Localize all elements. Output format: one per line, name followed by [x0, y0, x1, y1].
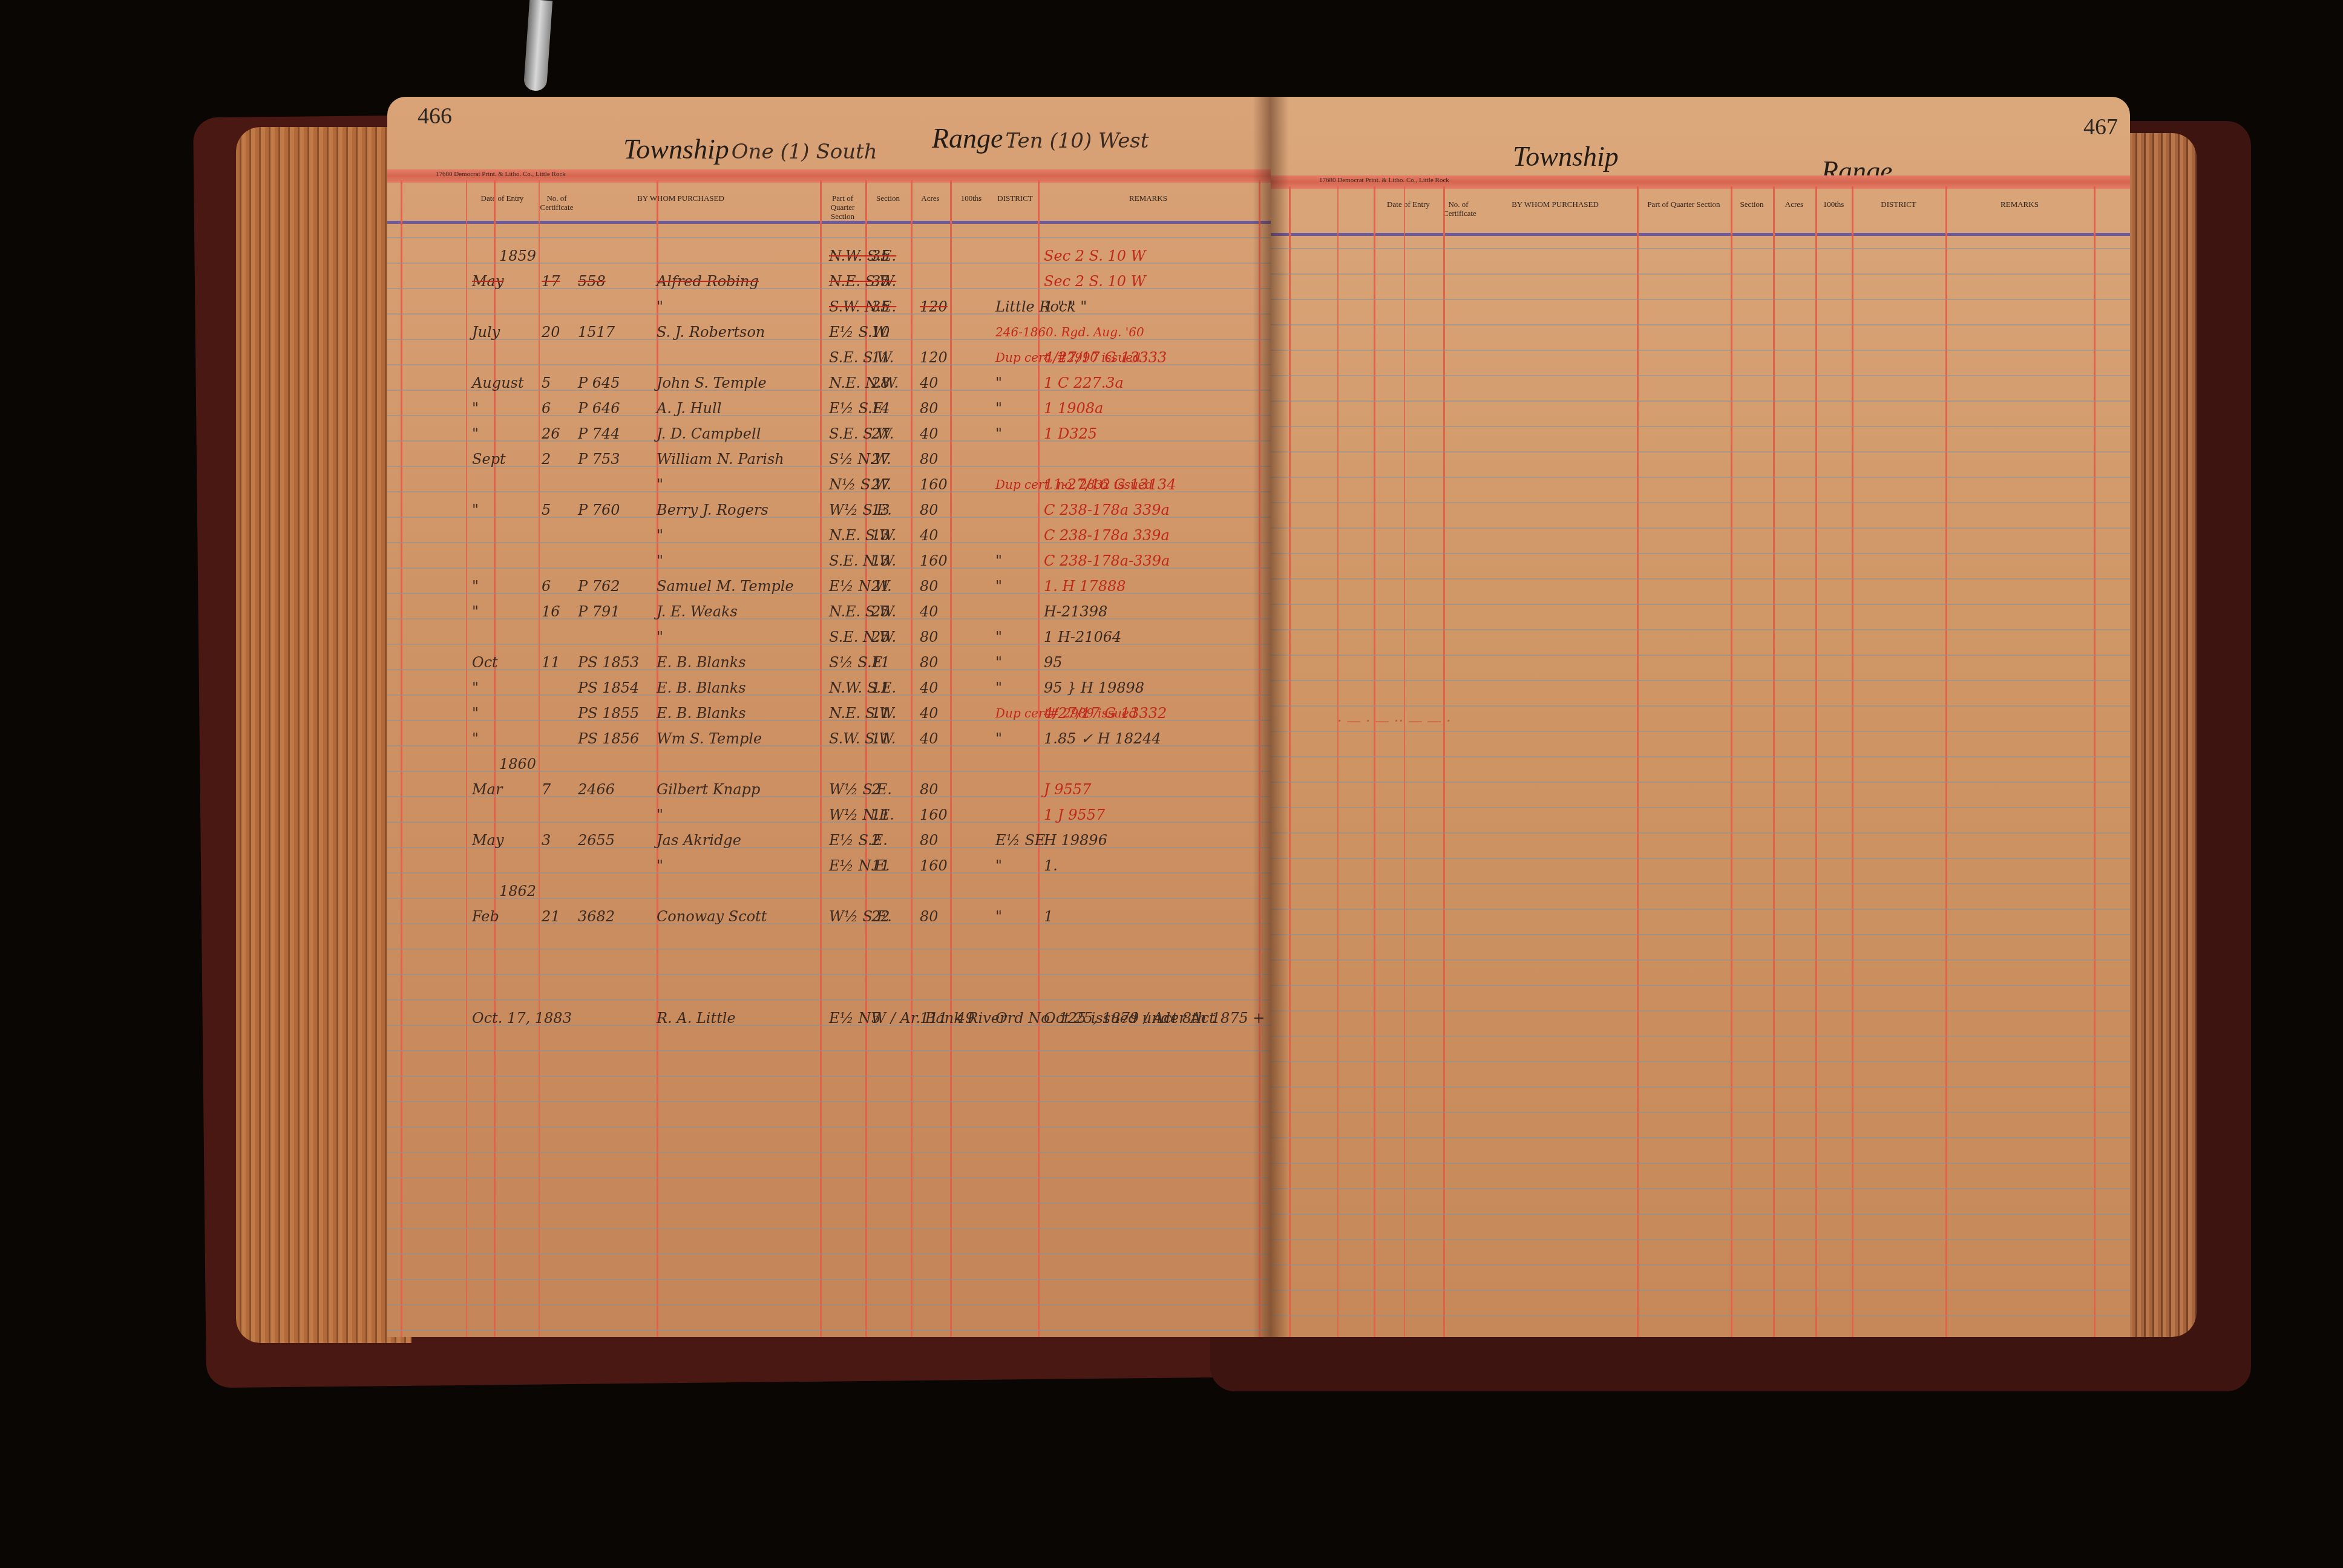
cell-remarks: Sec 2 S. 10 W — [1044, 269, 1145, 294]
column-header: 100ths — [1815, 200, 1852, 209]
cell-section: 27 — [871, 472, 890, 497]
cell-section: 28 — [871, 370, 890, 396]
table-row — [387, 929, 1271, 955]
table-row: "6P 646A. J. HullE½ S.E.1480"1 1908a — [387, 396, 1271, 421]
row-rule — [387, 1279, 1271, 1280]
row-rule — [1271, 655, 2130, 656]
column-header: BY WHOM PURCHASED — [1473, 200, 1637, 209]
township-heading: Township — [1513, 140, 1619, 172]
cell-remarks: H 19896 — [1044, 828, 1107, 853]
cell-section: 13 — [871, 497, 890, 523]
cell-day: 6 — [542, 396, 551, 421]
cell-cert: PS 1853 — [578, 650, 639, 675]
cell-acres: 80 — [920, 904, 939, 929]
column-header: Part of Quarter Section — [820, 194, 865, 221]
column-rule — [1337, 186, 1339, 1337]
column-header: Part of Quarter Section — [1637, 200, 1731, 209]
row-rule — [1271, 1112, 2130, 1113]
row-rule — [387, 974, 1271, 975]
cell-month: " — [472, 573, 479, 599]
table-row: 1862 — [387, 878, 1271, 904]
cell-name: Conoway Scott — [657, 904, 767, 929]
cell-acres: 40 — [920, 421, 939, 446]
cell-section: 25 — [871, 624, 890, 650]
row-rule — [1271, 731, 2130, 732]
cell-name: J. D. Campbell — [657, 421, 761, 446]
table-row: "PS 1856Wm S. TempleS.W. S.W.1140"1.85 ✓… — [387, 726, 1271, 751]
cell-district: " — [995, 573, 1002, 599]
row-rule — [387, 1330, 1271, 1331]
cell-section: 11 — [871, 650, 890, 675]
cell-section: 13 — [871, 548, 890, 573]
row-rule — [1271, 477, 2130, 478]
row-rule — [1271, 985, 2130, 986]
column-header: 100ths — [950, 194, 992, 203]
cell-remarks: 11-27/16 G 13134 — [1044, 472, 1176, 497]
row-rule — [1271, 1264, 2130, 1266]
metal-clip — [523, 0, 552, 91]
table-row: "PS 1855E. B. BlanksN.E. S.W.1140Dup cer… — [387, 701, 1271, 726]
cell-hundredths: 49 — [956, 1005, 975, 1031]
column-header: No. of Certificate — [539, 194, 575, 212]
cell-acres: 80 — [920, 497, 939, 523]
cell-cert: P 645 — [578, 370, 620, 396]
cell-district: " — [995, 853, 1002, 878]
cell-day: 5 — [542, 497, 551, 523]
cell-cert: P 791 — [578, 599, 620, 624]
cell-day: 5 — [542, 370, 551, 396]
cell-cert: P 753 — [578, 446, 620, 472]
row-rule — [1271, 680, 2130, 681]
column-rule — [1773, 186, 1775, 1337]
cell-name: Alfred Robing — [657, 269, 759, 294]
cell-name: " — [657, 624, 663, 650]
table-row: "N½ S.W.27160Dup cert. no. 2832 issued11… — [387, 472, 1271, 497]
cell-cert: 2655 — [578, 828, 615, 853]
table-row: "S.W. N.E.35120Little Rock1 " " " — [387, 294, 1271, 319]
row-rule — [1271, 248, 2130, 249]
row-rule — [387, 1050, 1271, 1051]
cell-district: " — [995, 421, 1002, 446]
row-rule — [1271, 909, 2130, 910]
column-header: Date of Entry — [466, 194, 539, 203]
column-header: DISTRICT — [992, 194, 1038, 203]
cell-section: 27 — [871, 421, 890, 446]
column-rule — [1443, 186, 1445, 1337]
cell-month: May — [472, 828, 503, 853]
table-row: "6P 762Samuel M. TempleE½ N.W.2180"1. H … — [387, 573, 1271, 599]
cell-month: " — [472, 599, 479, 624]
cell-name: A. J. Hull — [657, 396, 721, 421]
cell-cert: 1517 — [578, 319, 615, 345]
cell-name: E. B. Blanks — [657, 675, 746, 701]
cell-day: 11 — [542, 650, 560, 675]
cell-month: August — [472, 370, 524, 396]
row-rule — [1271, 832, 2130, 834]
cell-section: 11 — [871, 345, 890, 370]
column-rule — [1374, 186, 1375, 1337]
cell-month: " — [472, 421, 479, 446]
row-rule — [387, 237, 1271, 238]
cell-day: 26 — [542, 421, 560, 446]
cell-section: 2 — [871, 777, 880, 802]
row-rule — [1271, 1214, 2130, 1215]
page-number: 466 — [418, 103, 452, 129]
row-rule — [1271, 528, 2130, 529]
cell-acres: 80 — [920, 650, 939, 675]
cell-remarks: 95 — [1044, 650, 1063, 675]
cell-part: W½ S.E. — [829, 777, 892, 802]
cell-name: William N. Parish — [657, 446, 784, 472]
cell-acres: 120 — [920, 345, 948, 370]
cell-remarks: C 238-178a-339a — [1044, 548, 1170, 573]
cell-name: J. E. Weaks — [657, 599, 738, 624]
column-rule — [1404, 186, 1405, 1337]
cell-remarks: 1 D325 — [1044, 421, 1097, 446]
cell-day: 6 — [542, 573, 551, 599]
table-row: "E½ N.E.11160"1. — [387, 853, 1271, 878]
row-rule — [387, 999, 1271, 1001]
cell-name: E. B. Blanks — [657, 650, 746, 675]
column-header: REMARKS — [1038, 194, 1259, 203]
cell-section: 27 — [871, 446, 890, 472]
cell-remarks: H-21398 — [1044, 599, 1107, 624]
cell-day: 20 — [542, 319, 560, 345]
row-rule — [1271, 959, 2130, 961]
header-purple-rule — [387, 221, 1271, 224]
range-value: Ten (10) West — [1006, 129, 1149, 153]
cell-cert: PS 1855 — [578, 701, 639, 726]
row-rule — [1271, 451, 2130, 452]
cell-remarks: 1. — [1044, 853, 1058, 878]
page-edges-left — [236, 127, 411, 1343]
table-row: May17558Alfred RobingN.E. S.W.35Sec 2 S.… — [387, 269, 1271, 294]
column-header: Date of Entry — [1374, 200, 1443, 209]
cell-day: 3 — [542, 828, 551, 853]
row-rule — [387, 1101, 1271, 1102]
ledger-page-right: 467 Township Range 17680 Democrat Print.… — [1271, 97, 2130, 1337]
cell-month: Oct — [472, 650, 498, 675]
cell-remarks: Oct 25, 1879 / Act 8th 1875 + — [1044, 1005, 1265, 1031]
cell-remarks: C 238-178a 339a — [1044, 523, 1170, 548]
page-number: 467 — [2083, 114, 2118, 140]
cell-remarks: Sec 2 S. 10 W — [1044, 243, 1145, 269]
column-rule — [1815, 186, 1817, 1337]
header-purple-rule — [1271, 233, 2130, 236]
column-header: Section — [865, 194, 911, 203]
cell-cert: P 744 — [578, 421, 620, 446]
row-rule — [1271, 426, 2130, 427]
row-rule — [387, 1177, 1271, 1178]
township-label: Township — [623, 134, 729, 165]
cell-day: 7 — [542, 777, 551, 802]
row-rule — [387, 1076, 1271, 1077]
cell-remarks: 1.85 ✓ H 18244 — [1044, 726, 1161, 751]
cell-section: 35 — [871, 243, 890, 269]
row-rule — [1271, 400, 2130, 402]
ledger-page-left: 466 TownshipOne (1) South RangeTen (10) … — [387, 97, 1271, 1337]
row-rule — [1271, 1163, 2130, 1164]
cell-section: 2 — [871, 828, 880, 853]
range-heading: RangeTen (10) West — [932, 122, 1149, 154]
cell-month: " — [472, 396, 479, 421]
row-rule — [1271, 375, 2130, 376]
row-rule — [1271, 807, 2130, 808]
column-rule — [1289, 186, 1291, 1337]
cell-month: July — [472, 319, 500, 345]
row-rule — [1271, 1188, 2130, 1189]
column-header: REMARKS — [1945, 200, 2094, 209]
cell-name: " — [657, 548, 663, 573]
cell-section: 11 — [871, 802, 890, 828]
cell-name: " — [657, 472, 663, 497]
row-rule — [1271, 1290, 2130, 1291]
cell-district: " — [995, 548, 1002, 573]
book-gutter — [1253, 97, 1289, 1337]
column-header: BY WHOM PURCHASED — [575, 194, 787, 203]
cell-remarks: C 238-178a 339a — [1044, 497, 1170, 523]
cell-acres: 40 — [920, 701, 939, 726]
township-label: Township — [1513, 141, 1619, 172]
cell-part: E½ NW / Ar. Bank River — [829, 1005, 1006, 1031]
row-rule — [1271, 299, 2130, 300]
column-rule — [1945, 186, 1947, 1337]
row-rule — [387, 1126, 1271, 1128]
table-row: July201517S. J. RobertsonE½ S.W.10246-18… — [387, 319, 1271, 345]
table-row: "W½ N.E.111601 J 9557 — [387, 802, 1271, 828]
cell-day: 17 — [542, 269, 560, 294]
cell-acres: 160 — [920, 853, 948, 878]
cell-month: " — [472, 497, 479, 523]
cell-acres: 120 — [920, 294, 948, 319]
cell-acres: 80 — [920, 446, 939, 472]
cell-cert: 3682 — [578, 904, 615, 929]
cell-name: Jas Akridge — [657, 828, 741, 853]
column-rule — [2094, 186, 2096, 1337]
cell-district: 246-1860. Rgd. Aug. '60 — [995, 319, 1144, 345]
cell-remarks: 1 J 9557 — [1044, 802, 1105, 828]
row-rule — [1271, 934, 2130, 935]
row-rule — [387, 1228, 1271, 1229]
township-heading: TownshipOne (1) South — [623, 133, 877, 165]
table-row: Oct11PS 1853E. B. BlanksS½ S.E.1180"95 — [387, 650, 1271, 675]
cell-month: " — [472, 701, 479, 726]
table-row: "N.E. S.W.1340C 238-178a 339a — [387, 523, 1271, 548]
row-rule — [1271, 1086, 2130, 1088]
township-value: One (1) South — [732, 140, 877, 164]
cell-remarks: 4/27/17 G 13332 — [1044, 701, 1167, 726]
cell-acres: 160 — [920, 802, 948, 828]
row-rule — [1271, 1061, 2130, 1062]
cell-remarks: 4/27/17 G 13333 — [1044, 345, 1167, 370]
cell-day: 21 — [542, 904, 560, 929]
cell-section: 11 — [871, 726, 890, 751]
cell-section: 13 — [871, 523, 890, 548]
row-rule — [1271, 629, 2130, 630]
cell-section: 11 — [871, 701, 890, 726]
row-rule — [1271, 1010, 2130, 1011]
cell-remarks: 1. H 17888 — [1044, 573, 1126, 599]
table-row: "16P 791J. E. WeaksN.E. S.W.2540H-21398 — [387, 599, 1271, 624]
table-row: 1859N.W. S.E.35Sec 2 S. 10 W — [387, 243, 1271, 269]
cell-section: 5 — [871, 1005, 880, 1031]
cell-section: 11 — [871, 675, 890, 701]
table-row: Mar72466Gilbert KnappW½ S.E.280J 9557 — [387, 777, 1271, 802]
table-row: "PS 1854E. B. BlanksN.W. S.E.1140"95 } H… — [387, 675, 1271, 701]
cell-section: 35 — [871, 294, 890, 319]
cell-day: 16 — [542, 599, 560, 624]
column-header: DISTRICT — [1852, 200, 1945, 209]
cell-cert: 558 — [578, 269, 606, 294]
column-header: Acres — [1773, 200, 1815, 209]
cell-acres: 40 — [920, 726, 939, 751]
cell-acres: 40 — [920, 523, 939, 548]
row-rule — [1271, 350, 2130, 351]
cell-day: 2 — [542, 446, 551, 472]
header-red-band: 17680 Democrat Print. & Litho. Co., Litt… — [387, 169, 1271, 183]
cell-section: 22 — [871, 904, 890, 929]
cell-name: " — [657, 802, 663, 828]
cell-acres: 40 — [920, 370, 939, 396]
column-header: Section — [1731, 200, 1773, 209]
row-rule — [1271, 883, 2130, 884]
header-red-band: 17680 Democrat Print. & Litho. Co., Litt… — [1271, 175, 2130, 189]
row-rule — [387, 1253, 1271, 1255]
row-rule — [1271, 1315, 2130, 1316]
cell-name: Gilbert Knapp — [657, 777, 760, 802]
table-row: 1860 — [387, 751, 1271, 777]
column-header: No. of Certificate — [1443, 200, 1473, 218]
row-rule — [1271, 782, 2130, 783]
cell-name: John S. Temple — [657, 370, 767, 396]
table-row: "S.E. N.W.13160"C 238-178a-339a — [387, 548, 1271, 573]
table-row: May32655Jas AkridgeE½ S.E.280E½ SEH 1989… — [387, 828, 1271, 853]
cell-remarks: 1 1908a — [1044, 396, 1103, 421]
cell-cert: 2466 — [578, 777, 615, 802]
cell-name: " — [657, 523, 663, 548]
cell-cert: PS 1854 — [578, 675, 639, 701]
row-rule — [387, 1203, 1271, 1204]
table-row: Oct. 17, 1883R. A. LittleE½ NW / Ar. Ban… — [387, 1005, 1271, 1031]
cell-month: " — [472, 675, 479, 701]
row-rule — [1271, 604, 2130, 605]
cell-cert: P 760 — [578, 497, 620, 523]
cell-day: 1860 — [499, 751, 536, 777]
cell-district: " — [995, 650, 1002, 675]
table-row: S.E. S.W.11120Dup cert. #2990 issued4/27… — [387, 345, 1271, 370]
cell-name: Berry J. Rogers — [657, 497, 768, 523]
cell-section: 35 — [871, 269, 890, 294]
range-label: Range — [932, 123, 1003, 154]
cell-acres: 80 — [920, 573, 939, 599]
cell-acres: 80 — [920, 777, 939, 802]
cell-acres: 80 — [920, 828, 939, 853]
printer-imprint: 17680 Democrat Print. & Litho. Co., Litt… — [1319, 177, 1449, 184]
cell-cert: PS 1856 — [578, 726, 639, 751]
cell-section: 10 — [871, 319, 890, 345]
table-row: Feb213682Conoway ScottW½ S.E.2280"1 — [387, 904, 1271, 929]
cell-month: Mar — [472, 777, 502, 802]
cell-day: 1859 — [499, 243, 536, 269]
cell-month: " — [472, 726, 479, 751]
row-rule — [1271, 705, 2130, 707]
cell-name: Samuel M. Temple — [657, 573, 794, 599]
cell-month: Oct. 17, 1883 — [472, 1005, 572, 1031]
cell-district: " — [995, 726, 1002, 751]
column-rule — [1637, 186, 1639, 1337]
cell-day: 1862 — [499, 878, 536, 904]
row-rule — [1271, 553, 2130, 554]
cell-district: " — [995, 624, 1002, 650]
cell-name: " — [657, 853, 663, 878]
column-header: Acres — [911, 194, 950, 203]
table-row: Sept2P 753William N. ParishS½ N.W.2780 — [387, 446, 1271, 472]
row-rule — [1271, 1239, 2130, 1240]
cell-district: " — [995, 904, 1002, 929]
cell-section: 25 — [871, 599, 890, 624]
cell-cert: P 646 — [578, 396, 620, 421]
cell-acres: 40 — [920, 675, 939, 701]
cell-remarks: 95 } H 19898 — [1044, 675, 1144, 701]
cell-district: E½ SE — [995, 828, 1045, 853]
cell-month: Feb — [472, 904, 499, 929]
row-rule — [1271, 502, 2130, 503]
ink-bleed-through: · — · — ·· — — · — [1337, 713, 1451, 730]
row-rule — [1271, 578, 2130, 580]
cell-remarks: 1 C 227.3a — [1044, 370, 1124, 396]
cell-name: R. A. Little — [657, 1005, 736, 1031]
row-rule — [1271, 324, 2130, 325]
cell-name: E. B. Blanks — [657, 701, 746, 726]
printer-imprint: 17680 Democrat Print. & Litho. Co., Litt… — [436, 171, 566, 178]
cell-acres: 80 — [920, 624, 939, 650]
cell-acres: 160 — [920, 472, 948, 497]
cell-remarks: J 9557 — [1044, 777, 1091, 802]
cell-name: " — [657, 294, 663, 319]
cell-section: 11 — [871, 853, 890, 878]
cell-district: " — [995, 396, 1002, 421]
column-rule — [1852, 186, 1853, 1337]
row-rule — [387, 1152, 1271, 1153]
cell-acres: 111 — [920, 1005, 948, 1031]
cell-month: Sept — [472, 446, 506, 472]
cell-district: " — [995, 675, 1002, 701]
cell-remarks: 1 H-21064 — [1044, 624, 1121, 650]
cell-district: " — [995, 370, 1002, 396]
cell-acres: 80 — [920, 396, 939, 421]
row-rule — [1271, 1137, 2130, 1138]
cell-cert: P 762 — [578, 573, 620, 599]
row-rule — [1271, 1036, 2130, 1037]
cell-acres: 160 — [920, 548, 948, 573]
column-rule — [1731, 186, 1732, 1337]
cell-acres: 40 — [920, 599, 939, 624]
table-row: "5P 760Berry J. RogersW½ S.E.1380C 238-1… — [387, 497, 1271, 523]
cell-name: S. J. Robertson — [657, 319, 765, 345]
row-rule — [1271, 858, 2130, 859]
cell-month: May — [472, 269, 503, 294]
cell-name: Wm S. Temple — [657, 726, 762, 751]
cell-section: 21 — [871, 573, 890, 599]
cell-section: 14 — [871, 396, 890, 421]
cell-remarks: 1 " " " — [1044, 294, 1087, 319]
table-row: August5P 645John S. TempleN.E. N.W.2840"… — [387, 370, 1271, 396]
row-rule — [1271, 756, 2130, 757]
table-row: "S.E. N.W.2580"1 H-21064 — [387, 624, 1271, 650]
row-rule — [387, 1304, 1271, 1305]
cell-remarks: 1 — [1044, 904, 1053, 929]
page-edges-right — [2124, 133, 2197, 1337]
